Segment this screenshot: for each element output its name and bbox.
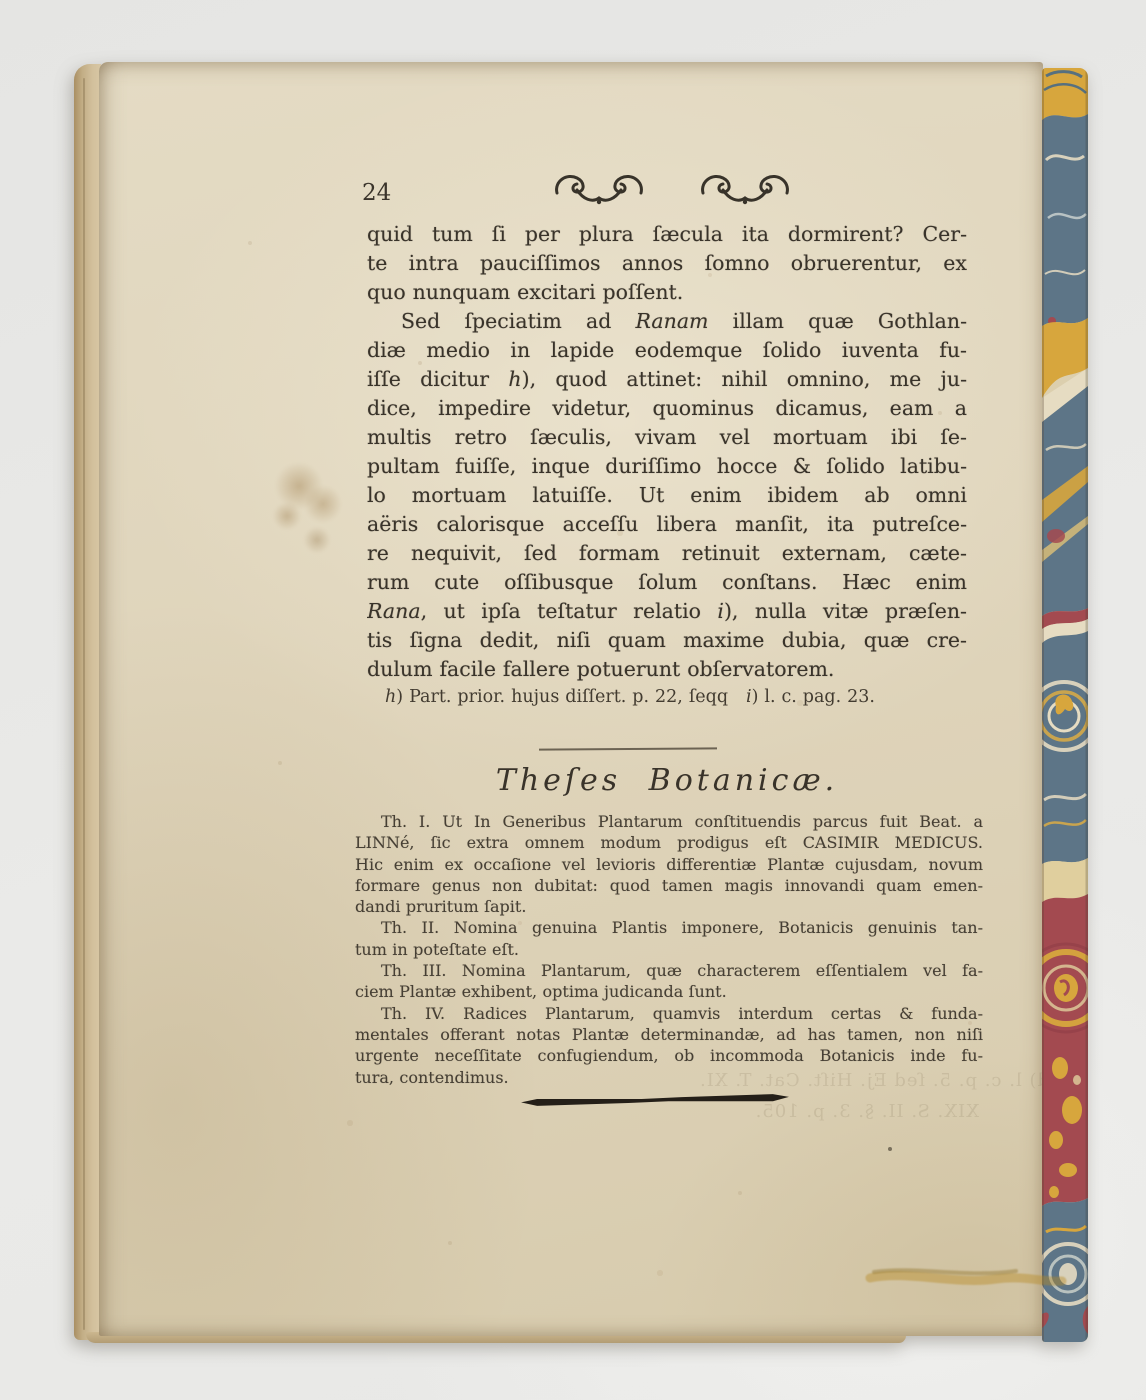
stain-mark: [259, 450, 371, 572]
text-line: quid tum ſi per plura ſæcula ita dormire…: [367, 220, 967, 249]
text-line: LINNé, ſic extra omnem modum prodigus eſ…: [355, 832, 983, 853]
text-line: aëris calorisque acceſſu libera manſit, …: [367, 510, 967, 539]
text-line: dandi pruritum ſapit.: [355, 896, 983, 917]
page-number: 24: [362, 180, 391, 206]
text-line: dulum facile fallere potuerunt obſervato…: [367, 655, 967, 684]
text-line: diæ medio in lapide eodemque ſolido iuve…: [367, 336, 967, 365]
paragraph-2: Sed ſpeciatim ad Ranam illam quæ Gothlan…: [367, 307, 967, 684]
text-line: dice, impedire videtur, quominus dicamus…: [367, 394, 967, 423]
foxing-specks: [99, 62, 101, 64]
text-line: Sed ſpeciatim ad Ranam illam quæ Gothlan…: [367, 307, 967, 336]
text-line: mentales offerant notas Plantæ determina…: [355, 1024, 983, 1045]
text-line: quo nunquam excitari poſſent.: [367, 278, 967, 307]
marbled-fore-edge: [1042, 68, 1088, 1342]
text-line: lo mortuam latuiſſe. Ut enim ibidem ab o…: [367, 481, 967, 510]
text-line: te intra pauciſſimos annos ſomno obruere…: [367, 249, 967, 278]
text-line: rum cute oſſibusque ſolum conſtans. Hæc …: [367, 568, 967, 597]
text-line: ciem Plantæ exhibent, optima judicanda ſ…: [355, 981, 983, 1002]
fleuron-ornament-icon: [697, 169, 793, 209]
theses-list: Th. I. Ut In Generibus Plantarum conſtit…: [355, 811, 983, 1088]
main-text-block: quid tum ſi per plura ſæcula ita dormire…: [367, 220, 967, 684]
show-through-text: d) l. c. p. 5. ſed Ej. Hiſt. Cat. T. XI.…: [599, 1065, 1049, 1127]
text-line: Hic enim ex occaſione vel levioris diffe…: [355, 854, 983, 875]
text-line: Rana, ut ipſa teſtatur relatio i), nulla…: [367, 597, 967, 626]
text-line: pultam fuiſſe, inque duriſſimo hocce & ſ…: [367, 452, 967, 481]
text-line: multis retro ſæculis, vivam vel mortuam …: [367, 423, 967, 452]
book-page-edges: [74, 64, 101, 1340]
text-line: re nequivit, ſed formam retinuit externa…: [367, 539, 967, 568]
text-line: Th. IV. Radices Plantarum, quamvis inter…: [355, 1003, 983, 1024]
text-line: Th. III. Nomina Plantarum, quæ character…: [355, 960, 983, 981]
text-line: iſſe dicitur h), quod attinet: nihil omn…: [367, 365, 967, 394]
yellow-streak-stain: [864, 1258, 1070, 1296]
book-page: 24 quid tum ſi per plura ſæcula ita dorm…: [99, 62, 1043, 1336]
book: 24 quid tum ſi per plura ſæcula ita dorm…: [74, 60, 1088, 1344]
text-line: Th. II. Nomina genuina Plantis imponere,…: [355, 917, 983, 938]
text-line: tum in poteſtate eſt.: [355, 939, 983, 960]
fleuron-ornament-icon: [551, 169, 647, 209]
text-line: urgente neceſſitate confugiendum, ob inc…: [355, 1045, 983, 1066]
footnote-rule: [539, 747, 717, 750]
text-line: tis ſigna dedit, niſi quam maxime dubia,…: [367, 626, 967, 655]
text-line: Th. I. Ut In Generibus Plantarum conſtit…: [355, 811, 983, 832]
footnote: h) Part. prior. hujus diſſert. p. 22, ſe…: [385, 687, 1015, 707]
text-line: h) Part. prior. hujus diſſert. p. 22, ſe…: [385, 687, 1015, 707]
show-through-line: d) l. c. p. 5. ſed Ej. Hiſt. Cat. T. XI.: [599, 1065, 1049, 1096]
photo-background: 24 quid tum ſi per plura ſæcula ita dorm…: [0, 0, 1146, 1400]
paragraph-1: quid tum ſi per plura ſæcula ita dormire…: [367, 220, 967, 307]
text-line: formare genus non dubitat: quod tamen ma…: [355, 875, 983, 896]
section-title: Theſes Botanicæ.: [367, 763, 967, 798]
